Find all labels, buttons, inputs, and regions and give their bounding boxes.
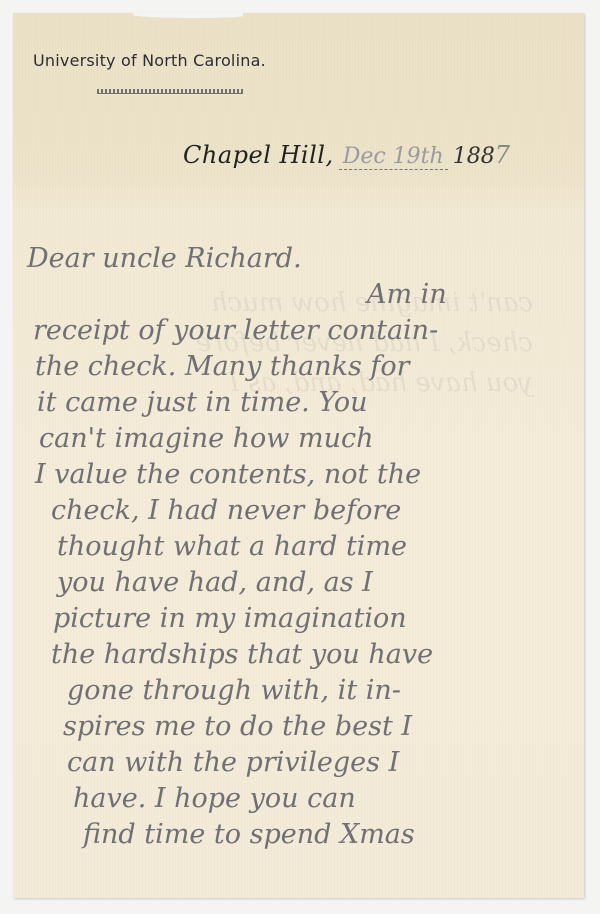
body-line: it came just in time. You <box>27 385 577 421</box>
body-line: the check. Many thanks for <box>27 349 577 385</box>
body-line: the hardships that you have <box>27 637 577 673</box>
letterhead-ornament <box>97 89 243 94</box>
dateline-year-handwritten: 7 <box>495 141 510 169</box>
dateline-year-printed: 188 <box>453 144 495 169</box>
body-line: can with the privileges I <box>27 745 577 781</box>
dateline: Chapel Hill, Dec 19th 1887 <box>183 141 583 181</box>
torn-edge <box>133 13 243 18</box>
body-line: you have had, and, as I <box>27 565 577 601</box>
letter-page: University of North Carolina. Chapel Hil… <box>13 13 584 898</box>
body-line: Am in <box>27 277 577 313</box>
dateline-date-handwritten: Dec 19th <box>339 144 448 170</box>
letterhead-institution: University of North Carolina. <box>33 51 266 70</box>
body-line: thought what a hard time <box>27 529 577 565</box>
body-line: have. I hope you can <box>27 781 577 817</box>
body-line: receipt of your letter contain- <box>27 313 577 349</box>
body-line: spires me to do the best I <box>27 709 577 745</box>
body-line: gone through with, it in- <box>27 673 577 709</box>
body-line: picture in my imagination <box>27 601 577 637</box>
body-line: can't imagine how much <box>27 421 577 457</box>
body-line: check, I had never before <box>27 493 577 529</box>
body-line: I value the contents, not the <box>27 457 577 493</box>
body-line: find time to spend Xmas <box>27 817 577 853</box>
salutation: Dear uncle Richard. <box>27 241 577 277</box>
dateline-place: Chapel Hill, <box>183 141 334 169</box>
letter-body: Dear uncle Richard. Am in receipt of you… <box>27 241 577 853</box>
